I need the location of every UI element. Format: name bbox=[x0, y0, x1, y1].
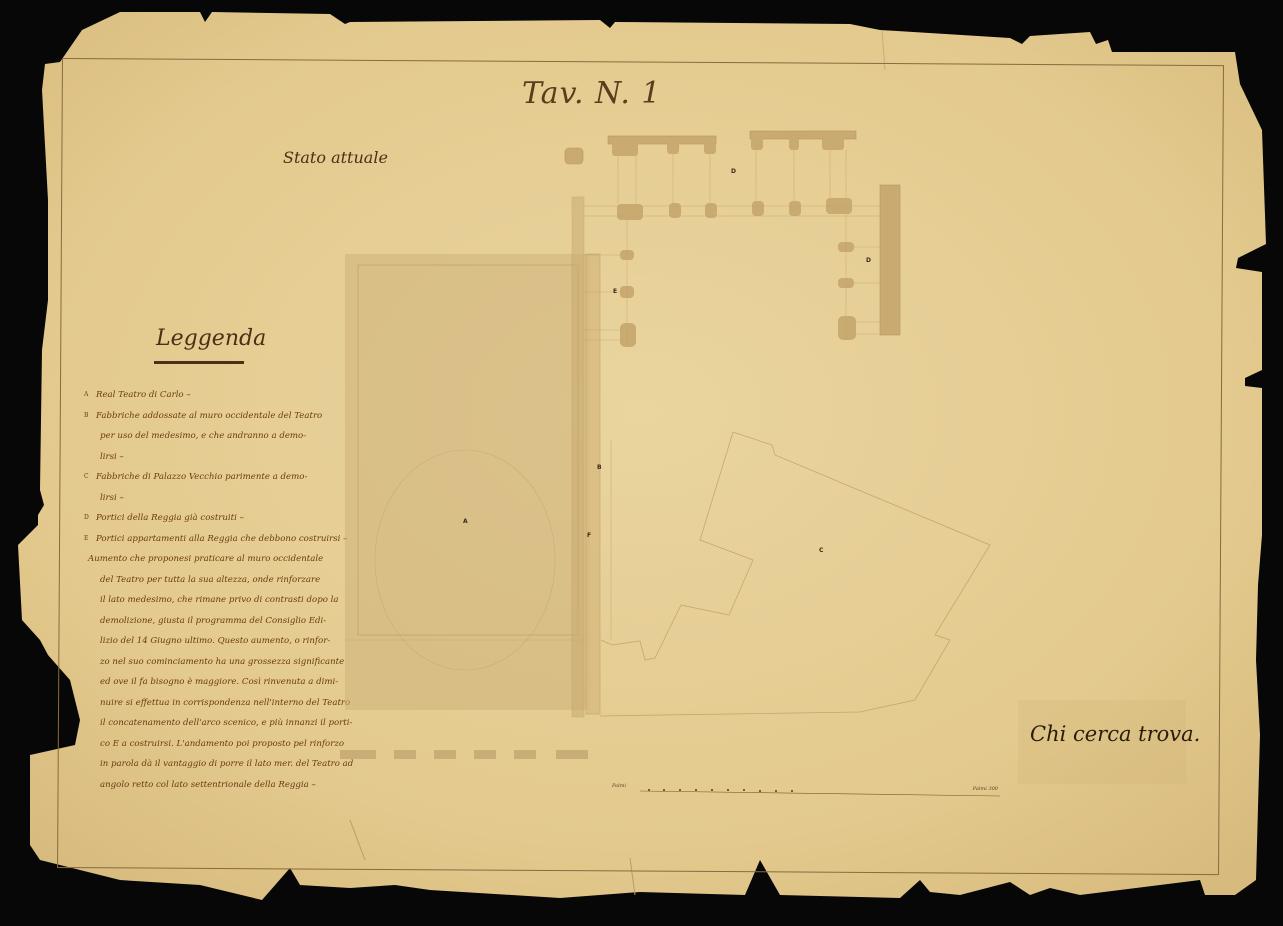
palazzo-vecchio-outline bbox=[600, 432, 990, 716]
plan-label-d: D bbox=[731, 168, 736, 175]
plan-label-a: A bbox=[463, 518, 468, 525]
plan-label-c: C bbox=[819, 547, 823, 554]
scale-bar: Palmi Palmi 300 bbox=[612, 783, 998, 797]
motto-text: Chi cerca trova. bbox=[1030, 722, 1200, 746]
theatre-block-a bbox=[345, 254, 590, 710]
document-sheet: Tav. N. 1 Stato attuale Leggenda A Real … bbox=[0, 0, 1283, 926]
plan-label-b: B bbox=[597, 464, 602, 471]
plan-label-f: F bbox=[587, 532, 591, 539]
plan-label-e: E bbox=[613, 288, 617, 295]
plan-label-d: D bbox=[866, 257, 871, 264]
